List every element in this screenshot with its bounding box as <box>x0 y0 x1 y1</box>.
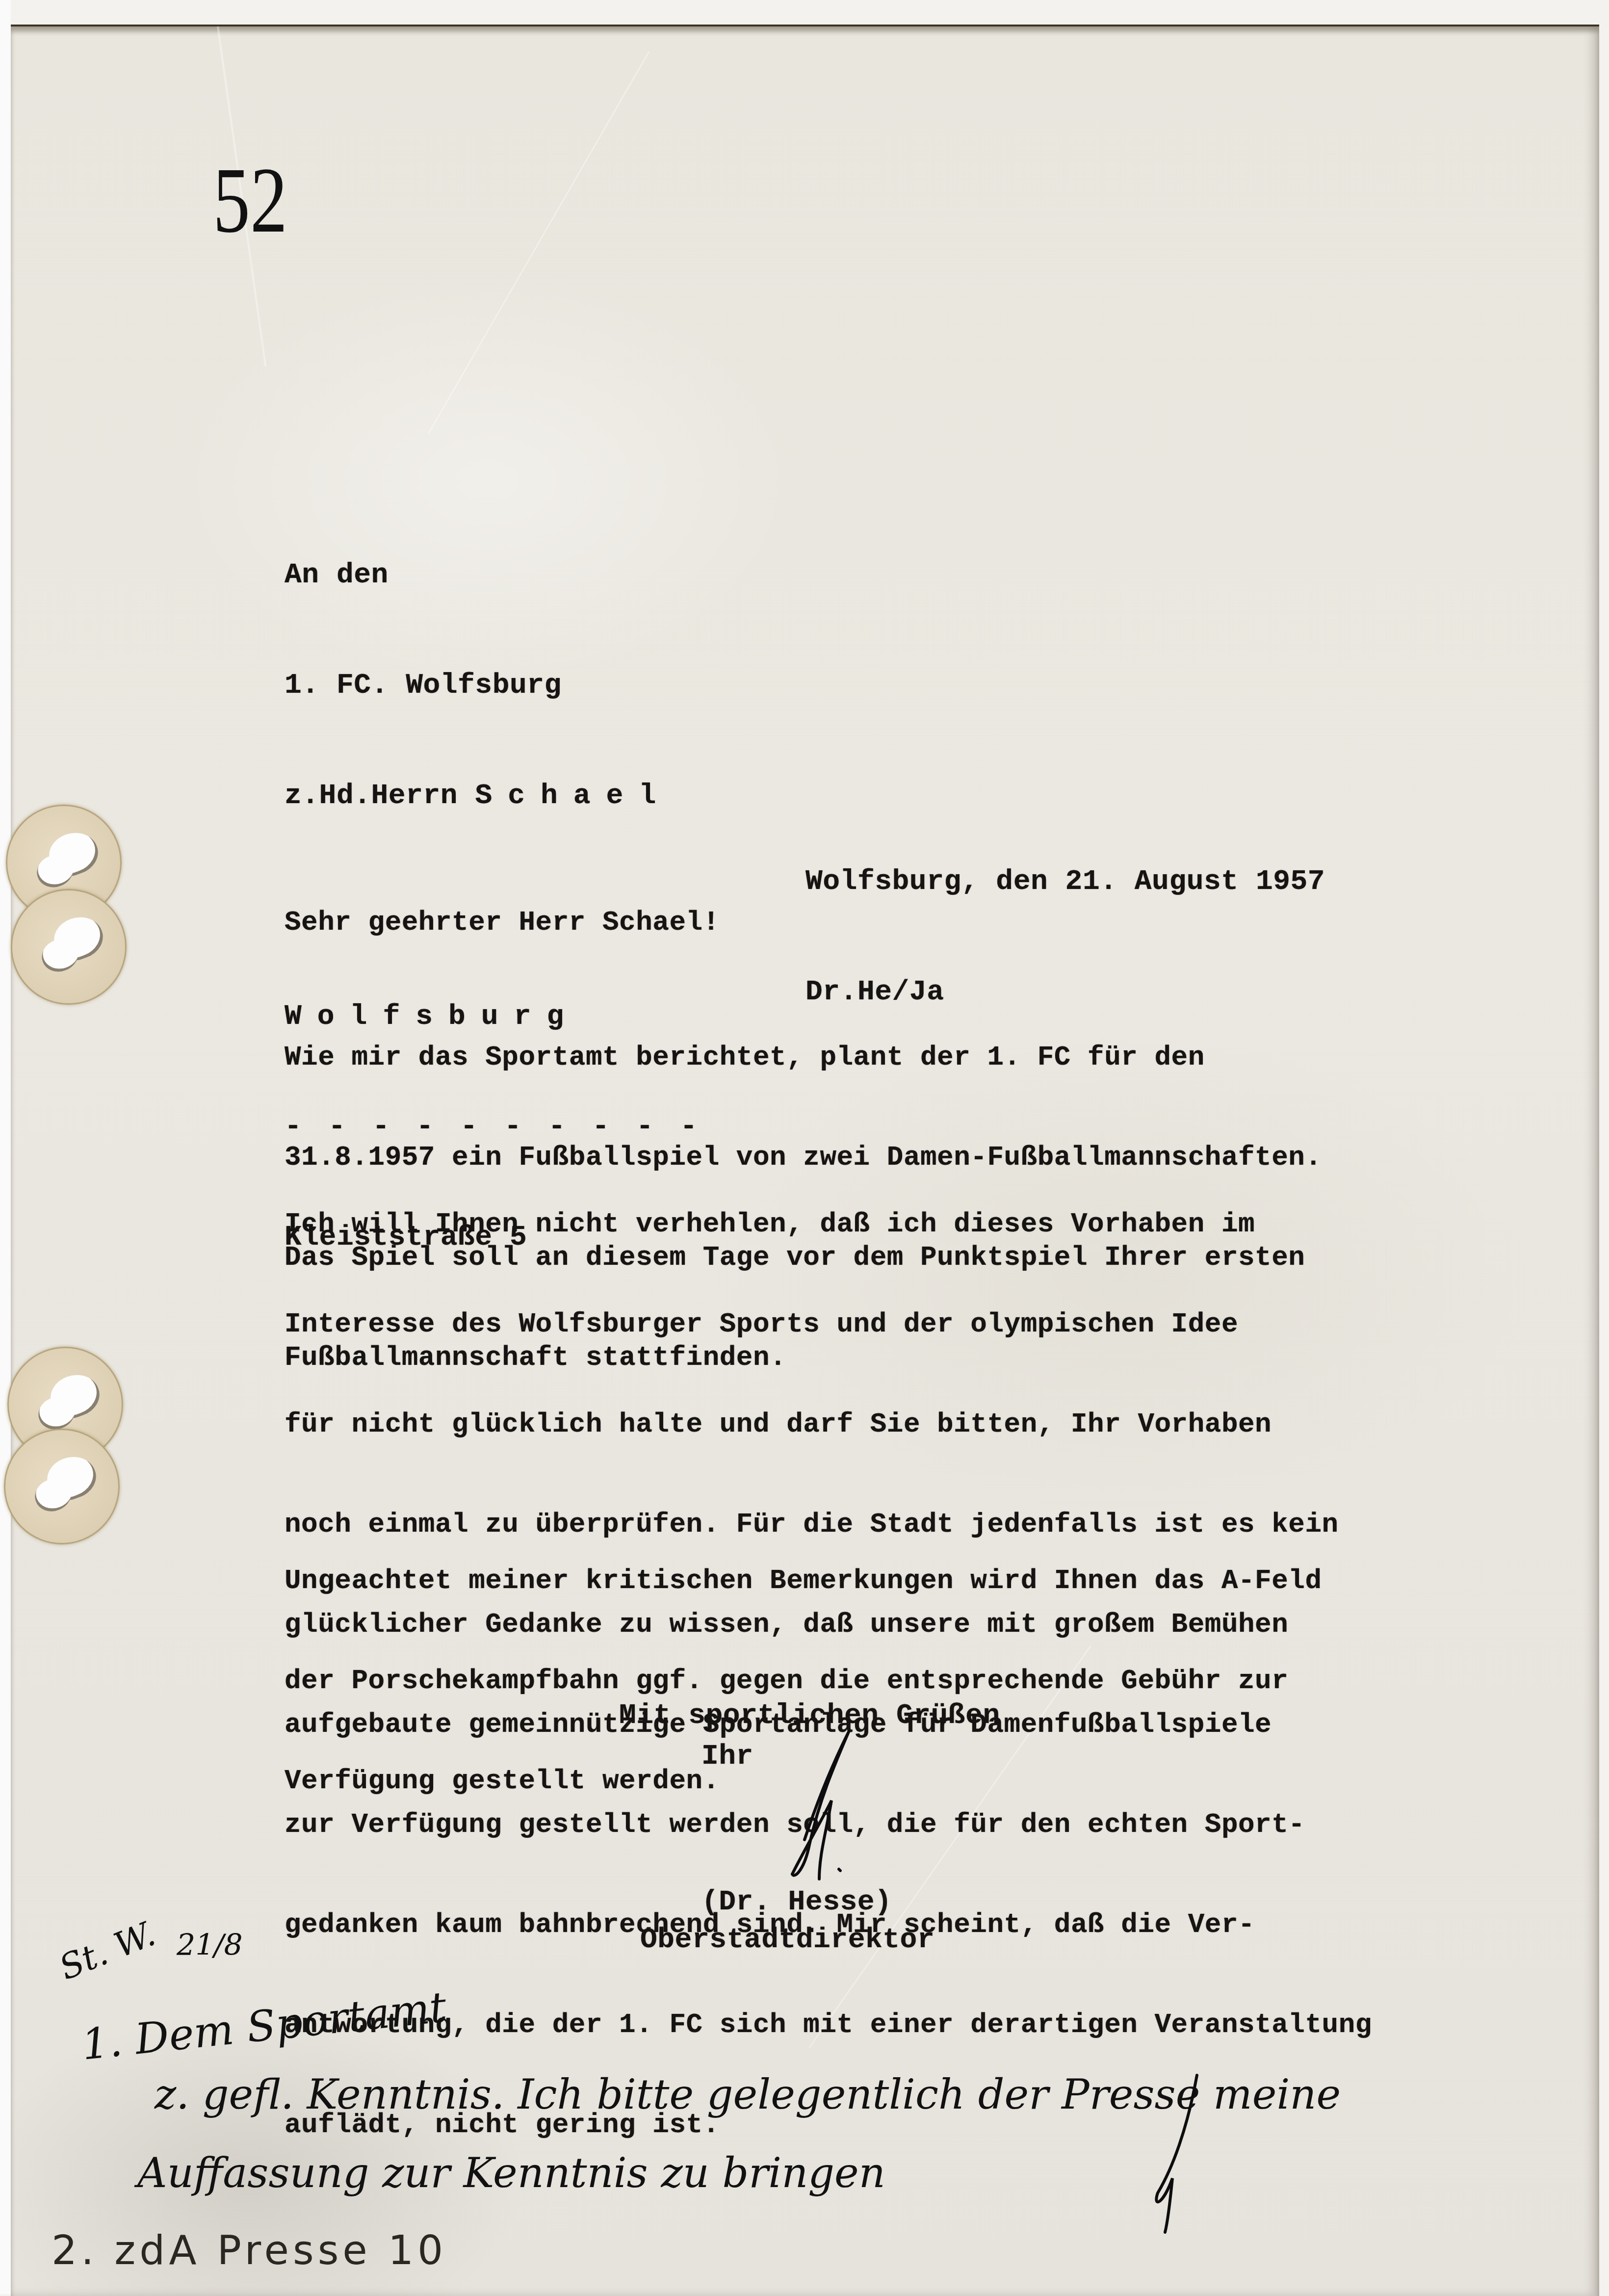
handwritten-initial <box>1148 2070 1207 2237</box>
text-line: für nicht glücklich halte und darf Sie b… <box>285 1408 1372 1441</box>
closing-ihr: Ihr <box>701 1741 753 1773</box>
signer-name: (Dr. Hesse) <box>701 1886 892 1918</box>
handwritten-note-line: Auffassung zur Kenntnis zu bringen <box>137 2149 885 2197</box>
recipient-line: 1. FC. Wolfsburg <box>285 667 702 704</box>
recipient-line: An den <box>285 557 702 594</box>
recipient-attention: z.Hd.Herrn <box>285 780 475 812</box>
text-line: Ungeachtet meiner kritischen Bemerkungen… <box>285 1564 1322 1597</box>
handwritten-note-filing: 2. zdA Presse 10 <box>52 2227 447 2274</box>
scan-margin <box>0 0 11 2294</box>
signature <box>785 1727 854 1884</box>
recipient-line: z.Hd.Herrn Schael <box>285 778 702 814</box>
punch-hole-reinforcement <box>4 1429 120 1544</box>
text-line: Interesse des Wolfsburger Sports und der… <box>285 1307 1372 1341</box>
handwritten-note-date: 21/8 <box>177 1928 243 1962</box>
date-line: Wolfsburg, den 21. August 1957 <box>805 863 1325 900</box>
text-line: Wie mir das Sportamt berichtet, plant de… <box>285 1041 1322 1074</box>
recipient-name: Schael <box>475 780 672 812</box>
folio-number: 52 <box>213 147 287 254</box>
salutation: Sehr geehrter Herr Schael! <box>285 907 720 938</box>
text-line: Ich will Ihnen nicht verhehlen, daß ich … <box>285 1207 1372 1241</box>
signer-title: Oberstadtdirektor <box>640 1924 934 1956</box>
punch-hole-reinforcement <box>11 889 127 1005</box>
